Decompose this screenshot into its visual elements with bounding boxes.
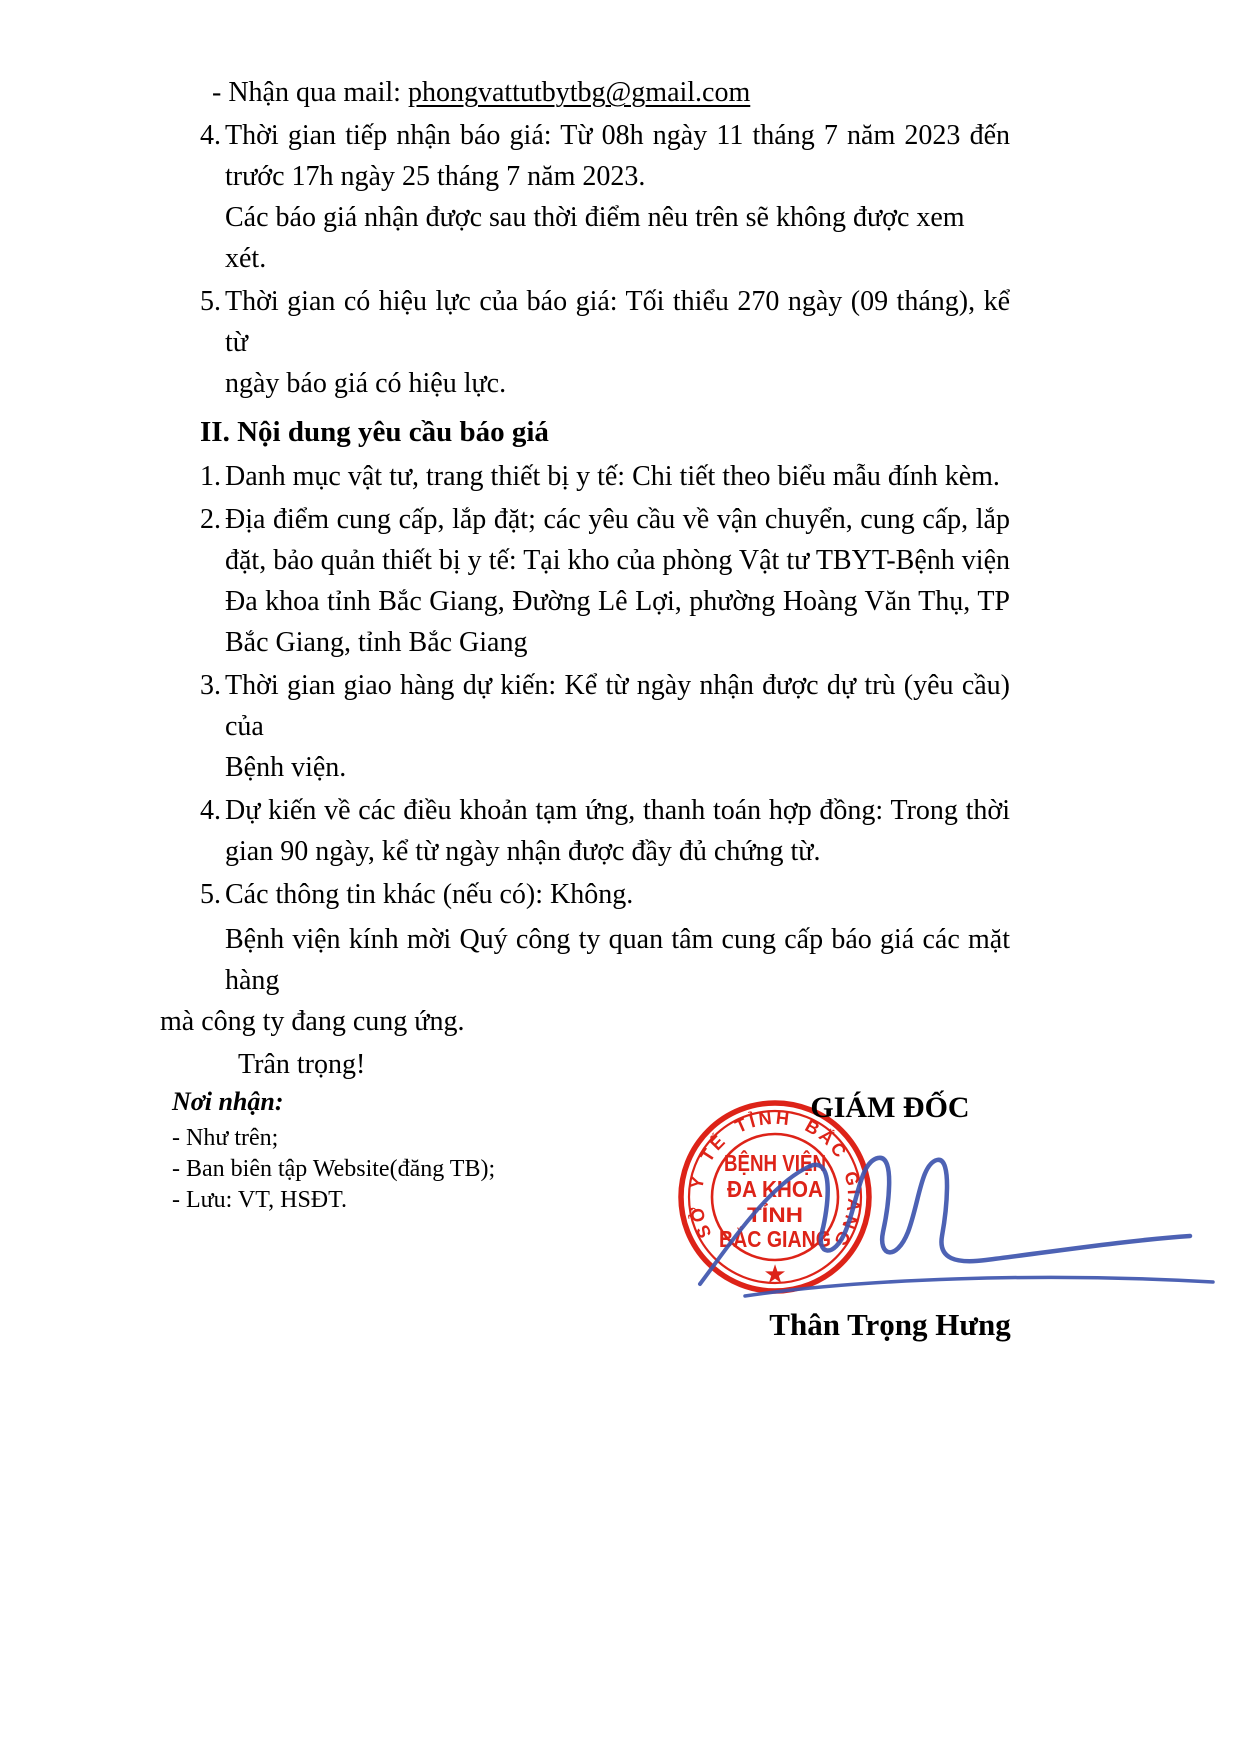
mail-line: - Nhận qua mail: phongvattutbytbg@gmail.… [160, 72, 1010, 113]
list-number: 1. [200, 456, 221, 497]
text-line: đặt, bảo quản thiết bị y tế: Tại kho của… [225, 540, 1010, 581]
text-line: Thời gian tiếp nhận báo giá: Từ 08h ngày… [225, 115, 1010, 156]
recipient-item: - Ban biên tập Website(đăng TB); [172, 1154, 495, 1185]
text-line: Bệnh viện. [225, 747, 1010, 788]
list-number: 2. [200, 499, 221, 540]
text-line: mà công ty đang cung ứng. [160, 1001, 1010, 1042]
recipient-item: - Như trên; [172, 1123, 495, 1154]
signature-loops-and-tail [810, 1158, 1190, 1261]
list-ii-item-5: 5. Các thông tin khác (nếu có): Không. [160, 874, 1010, 915]
signer-name: Thân Trọng Hưng [730, 1307, 1050, 1343]
text-line: Các thông tin khác (nếu có): Không. [225, 874, 1010, 915]
document-page: - Nhận qua mail: phongvattutbytbg@gmail.… [0, 0, 1241, 1755]
signer-role-title: GIÁM ĐỐC [780, 1089, 1000, 1127]
text-line: ngày báo giá có hiệu lực. [225, 363, 1010, 404]
text-line: trước 17h ngày 25 tháng 7 năm 2023. [225, 156, 1010, 197]
recipients-block: Nơi nhận: - Như trên; - Ban biên tập Web… [172, 1085, 495, 1216]
signature-underline [745, 1277, 1213, 1296]
list-number: 4. [200, 115, 221, 156]
list-ii-item-3: 3. Thời gian giao hàng dự kiến: Kể từ ng… [160, 665, 1010, 788]
list-number: 4. [200, 790, 221, 831]
text-line: Dự kiến về các điều khoản tạm ứng, thanh… [225, 790, 1010, 831]
list-number: 3. [200, 665, 221, 706]
text-line: Bệnh viện kính mời Quý công ty quan tâm … [160, 919, 1010, 1001]
list-ii-item-2: 2. Địa điểm cung cấp, lắp đặt; các yêu c… [160, 499, 1010, 663]
signature-ink [620, 1114, 1220, 1334]
list-i-item-4: 4. Thời gian tiếp nhận báo giá: Từ 08h n… [160, 115, 1010, 279]
closing-paragraph: Bệnh viện kính mời Quý công ty quan tâm … [160, 919, 1010, 1042]
text-line: Đa khoa tỉnh Bắc Giang, Đường Lê Lợi, ph… [225, 581, 1010, 622]
signature-footer: Nơi nhận: - Như trên; - Ban biên tập Web… [0, 1085, 1241, 1645]
document-body: - Nhận qua mail: phongvattutbytbg@gmail.… [0, 0, 1241, 1085]
regards-line: Trân trọng! [160, 1044, 1010, 1085]
text-line: Địa điểm cung cấp, lắp đặt; các yêu cầu … [225, 499, 1010, 540]
section-ii-heading: II. Nội dung yêu cầu báo giá [160, 410, 1010, 454]
text-line: Thời gian có hiệu lực của báo giá: Tối t… [225, 281, 1010, 363]
recipient-item: - Lưu: VT, HSĐT. [172, 1185, 495, 1216]
list-ii-item-1: 1. Danh mục vật tư, trang thiết bị y tế:… [160, 456, 1010, 497]
list-ii-item-4: 4. Dự kiến về các điều khoản tạm ứng, th… [160, 790, 1010, 872]
text-line: Thời gian giao hàng dự kiến: Kể từ ngày … [225, 665, 1010, 747]
text-line: gian 90 ngày, kể từ ngày nhận được đầy đ… [225, 831, 1010, 872]
list-number: 5. [200, 281, 221, 322]
list-i-item-5: 5. Thời gian có hiệu lực của báo giá: Tố… [160, 281, 1010, 404]
recipients-title: Nơi nhận: [172, 1085, 495, 1119]
email-link[interactable]: phongvattutbytbg@gmail.com [408, 77, 750, 108]
mail-line-prefix: - Nhận qua mail: [212, 77, 408, 108]
list-number: 5. [200, 874, 221, 915]
signature-upstroke [700, 1166, 810, 1284]
text-line: Bắc Giang, tỉnh Bắc Giang [225, 622, 1010, 663]
text-line: Danh mục vật tư, trang thiết bị y tế: Ch… [225, 456, 1010, 497]
text-line: Các báo giá nhận được sau thời điểm nêu … [225, 197, 1010, 279]
